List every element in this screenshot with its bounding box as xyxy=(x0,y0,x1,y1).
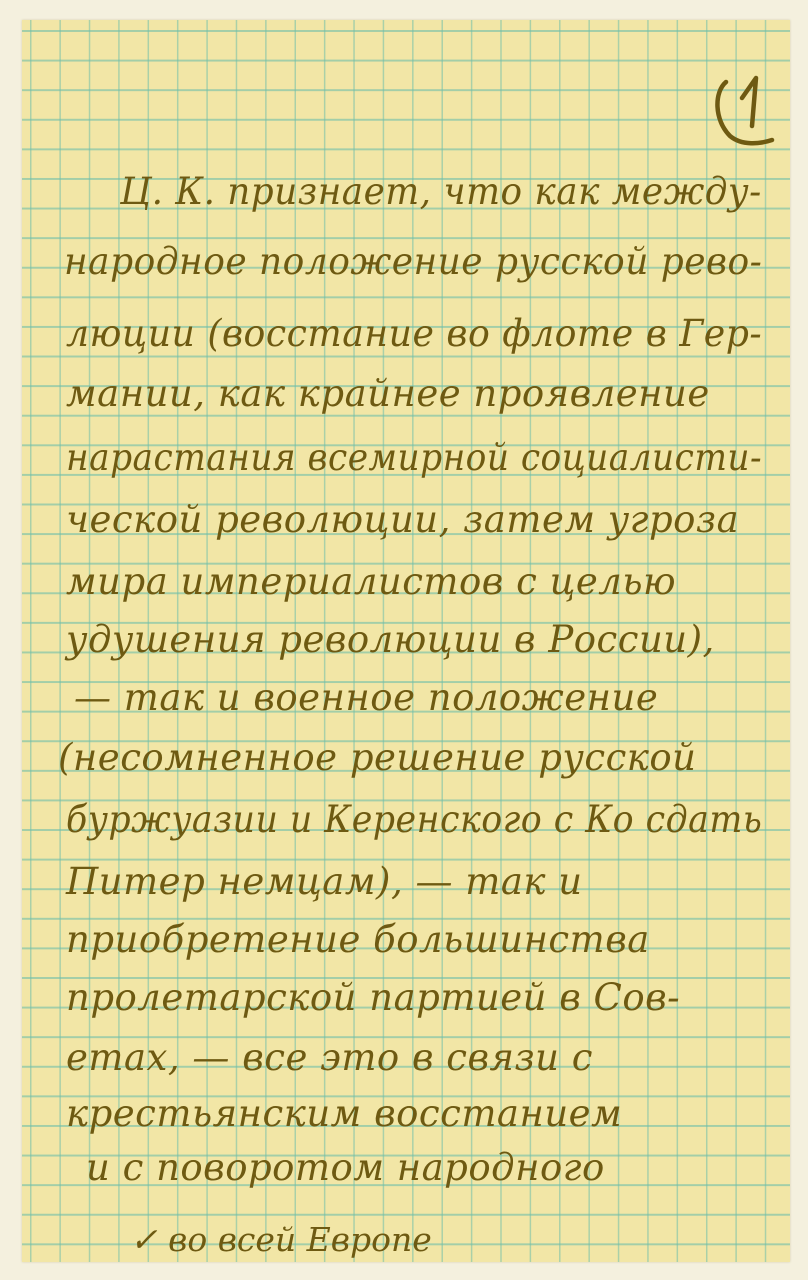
manuscript-line-6: ческой революции, затем угроза xyxy=(66,498,739,541)
manuscript-line-14: пролетарской партией в Сов- xyxy=(66,976,680,1019)
manuscript-line-9: — так и военное положение xyxy=(74,676,658,719)
manuscript-line-17: и с поворотом народного xyxy=(86,1146,605,1189)
footnote-insertion: ✓ во всей Европе xyxy=(130,1220,432,1259)
graph-paper-page: Ц. К. признает, что как между- народное … xyxy=(22,20,790,1262)
manuscript-line-7: мира империалистов с целью xyxy=(66,560,676,603)
manuscript-line-13: приобретение большинства xyxy=(66,918,650,961)
manuscript-line-5: нарастания всемирной социалисти- xyxy=(66,436,762,479)
manuscript-line-15: етах, — все это в связи с xyxy=(66,1036,593,1079)
manuscript-line-1: Ц. К. признает, что как между- xyxy=(120,170,762,213)
manuscript-line-11: буржуазии и Керенского с Ко сдать xyxy=(66,798,762,841)
manuscript-line-3: люции (восстание во флоте в Гер- xyxy=(66,312,762,355)
manuscript-line-2: народное положение русской рево- xyxy=(64,240,762,283)
manuscript-line-8: удушения революции в России), xyxy=(66,618,715,661)
manuscript-line-10: (несомненное решение русской xyxy=(58,736,697,779)
manuscript-line-12: Питер немцам), — так и xyxy=(66,860,583,903)
manuscript-line-16: крестьянским восстанием xyxy=(66,1092,622,1135)
page-number-circled xyxy=(712,68,776,148)
manuscript-line-4: мании, как крайнее проявление xyxy=(66,372,710,415)
